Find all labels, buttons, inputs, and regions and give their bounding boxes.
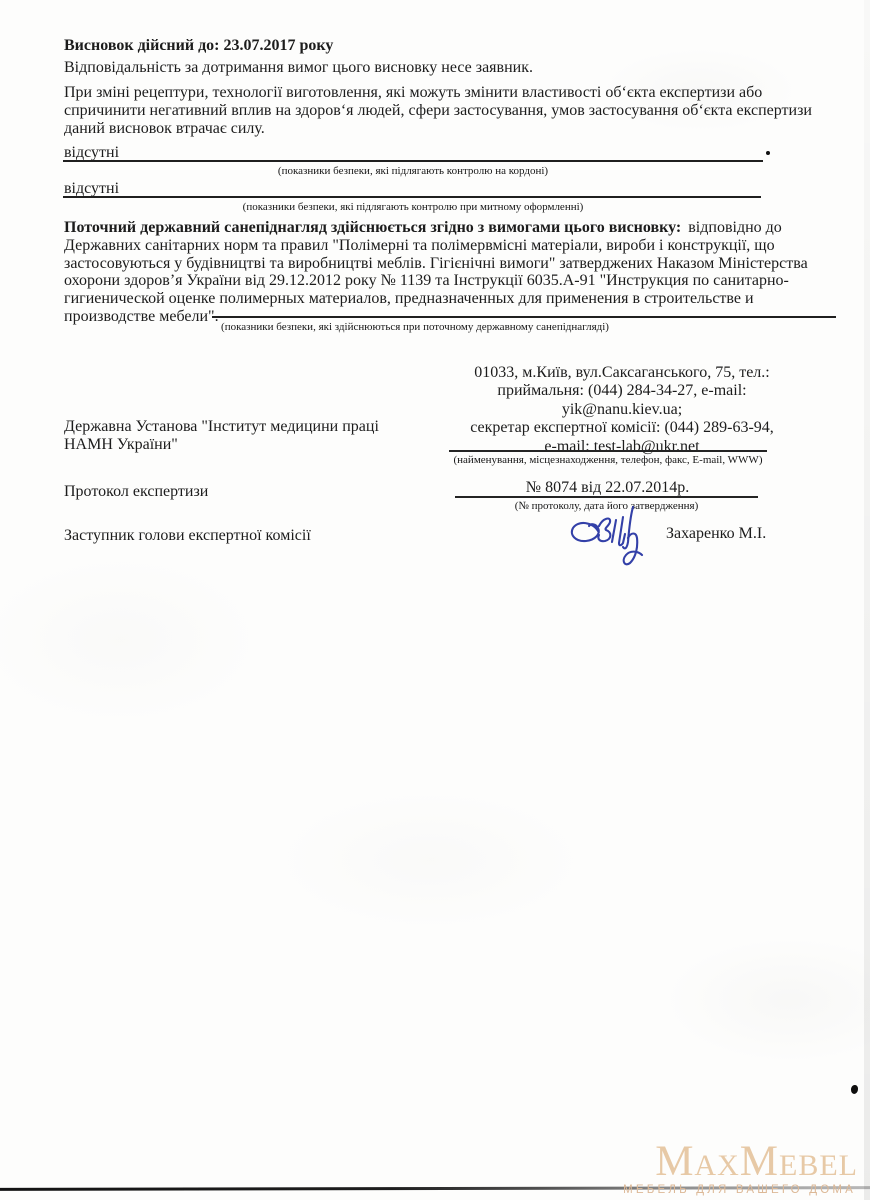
customs-control-caption: (показники безпеки, які підлягають контр… [63,201,763,213]
border-control-rule [63,160,763,162]
responsibility-line: Відповідальність за дотримання вимог цьо… [64,59,533,77]
signer-name: Захаренко М.І. [666,525,766,543]
change-clause-line: При зміні рецептури, технології виготовл… [64,84,812,102]
surveillance-line: охорони здоров’я України від 29.12.2012 … [64,272,808,290]
surveillance-caption: (показники безпеки, які здійснюються при… [65,321,765,333]
surveillance-line: застосовуються у будівництві та виробниц… [64,255,808,273]
surveillance-lead: Поточний державний санепіднагляд здійсню… [64,219,681,236]
deputy-label: Заступник голови експертної комісії [64,527,311,545]
surveillance-line: Державних санітарних норм та правил "Пол… [64,237,808,255]
institution-name-line: НАМН України" [64,436,379,454]
address-line: приймальня: (044) 284-34-27, e-mail: [412,382,832,400]
protocol-value: № 8074 від 22.07.2014р. [455,479,760,497]
protocol-label: Протокол експертизи [64,483,208,501]
change-clause-line: даний висновок втрачає силу. [64,120,812,138]
surveillance-line: гигиенической оценке полимерных материал… [64,290,808,308]
address-line: 01033, м.Київ, вул.Саксаганського, 75, т… [412,364,832,382]
watermark: MaxMebel МЕБЕЛЬ ДЛЯ ВАШЕГО ДОМА [623,1140,858,1196]
change-clause-line: спричинити негативний вплив на здоров‘я … [64,102,812,120]
institution-name-line: Державна Установа "Інститут медицини пра… [64,418,379,436]
validity-line: Висновок дійсний до: 23.07.2017 року [64,37,333,55]
border-control-caption: (показники безпеки, які підлягають контр… [63,165,763,177]
scan-speck [851,1085,858,1094]
change-clause: При зміні рецептури, технології виготовл… [64,84,812,137]
institution-address-block: 01033, м.Київ, вул.Саксаганського, 75, т… [412,364,832,456]
institution-name: Державна Установа "Інститут медицини пра… [64,418,379,454]
customs-control-rule [63,196,761,198]
surveillance-lead-line: Поточний державний санепіднагляд здійсню… [64,219,808,237]
address-line: секретар експертної комісії: (044) 289-6… [412,419,832,437]
institution-caption: (найменування, місцезнаходження, телефон… [439,454,777,466]
protocol-rule [455,496,758,498]
address-line: yik@nanu.kiev.ua; [412,401,832,419]
scan-edge-shade [864,0,870,1200]
surveillance-lead-rest: відповідно до [688,219,782,236]
watermark-tagline: МЕБЕЛЬ ДЛЯ ВАШЕГО ДОМА [623,1184,856,1196]
watermark-brand: MaxMebel [623,1140,858,1183]
surveillance-paragraph: Поточний державний санепіднагляд здійсню… [64,219,808,326]
surveillance-rule [212,316,836,318]
period-mark [766,151,770,155]
institution-rule [449,450,767,452]
document-page: Висновок дійсний до: 23.07.2017 року Від… [0,0,870,1200]
signature-ink [568,504,660,568]
